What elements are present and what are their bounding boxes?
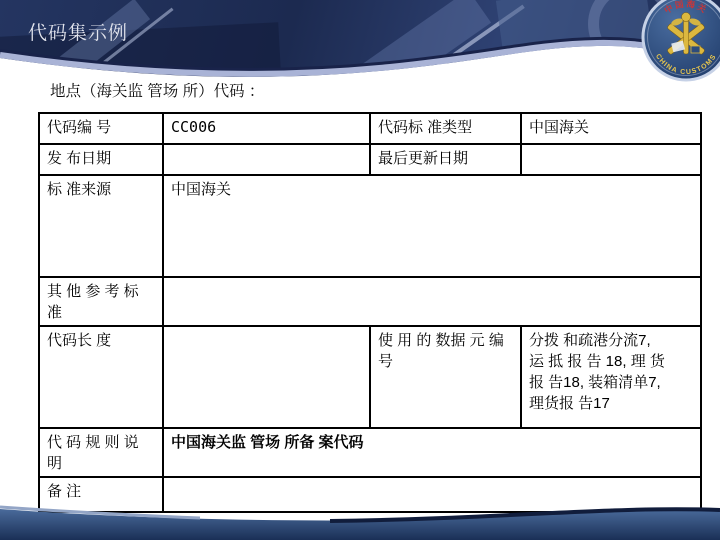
cell-other-ref-value bbox=[163, 277, 701, 326]
cell-standard-source-value: 中国海关 bbox=[163, 175, 701, 277]
code-set-table: 代码编 号 CC006 代码标 准类型 中国海关 发 布日期 最后更新日期 标 … bbox=[38, 112, 702, 513]
table-row: 代码编 号 CC006 代码标 准类型 中国海关 bbox=[39, 113, 701, 144]
slide-title: 代码集示例 bbox=[28, 18, 128, 45]
cell-data-element-label: 使 用 的 数据 元 编 号 bbox=[370, 326, 521, 428]
footer-wave bbox=[0, 500, 720, 540]
slide: 代码集示例 中国海关 CHINA CUSTOMS 地 bbox=[0, 0, 720, 540]
subtitle: 地点（海关监 管场 所）代码 ： bbox=[50, 79, 264, 101]
cell-code-rule-value: 中国海关监 管场 所备 案代码 bbox=[163, 428, 701, 477]
cell-standard-source-label: 标 准来源 bbox=[39, 175, 163, 277]
table-row: 标 准来源 中国海关 bbox=[39, 175, 701, 277]
cell-last-update-value bbox=[521, 144, 701, 175]
cell-code-rule-label: 代 码 规 则 说 明 bbox=[39, 428, 163, 477]
table-row: 代码长 度 使 用 的 数据 元 编 号 分拨 和疏港分流7, 运 抵 报 告 … bbox=[39, 326, 701, 428]
table-row: 代 码 规 则 说 明 中国海关监 管场 所备 案代码 bbox=[39, 428, 701, 477]
cell-standard-type-value: 中国海关 bbox=[521, 113, 701, 144]
table-row: 发 布日期 最后更新日期 bbox=[39, 144, 701, 175]
cell-code-number-label: 代码编 号 bbox=[39, 113, 163, 144]
cell-standard-type-label: 代码标 准类型 bbox=[370, 113, 521, 144]
cell-publish-date-label: 发 布日期 bbox=[39, 144, 163, 175]
cell-last-update-label: 最后更新日期 bbox=[370, 144, 521, 175]
cell-code-length-value bbox=[163, 326, 370, 428]
cell-publish-date-value bbox=[163, 144, 370, 175]
table-row: 其 他 参 考 标 准 bbox=[39, 277, 701, 326]
cell-code-number-value: CC006 bbox=[163, 113, 370, 144]
cell-data-element-value: 分拨 和疏港分流7, 运 抵 报 告 18, 理 货 报 告18, 装箱清单7,… bbox=[521, 326, 701, 428]
cell-other-ref-label: 其 他 参 考 标 准 bbox=[39, 277, 163, 326]
china-customs-logo-icon: 中国海关 CHINA CUSTOMS bbox=[634, 0, 720, 90]
cell-code-length-label: 代码长 度 bbox=[39, 326, 163, 428]
